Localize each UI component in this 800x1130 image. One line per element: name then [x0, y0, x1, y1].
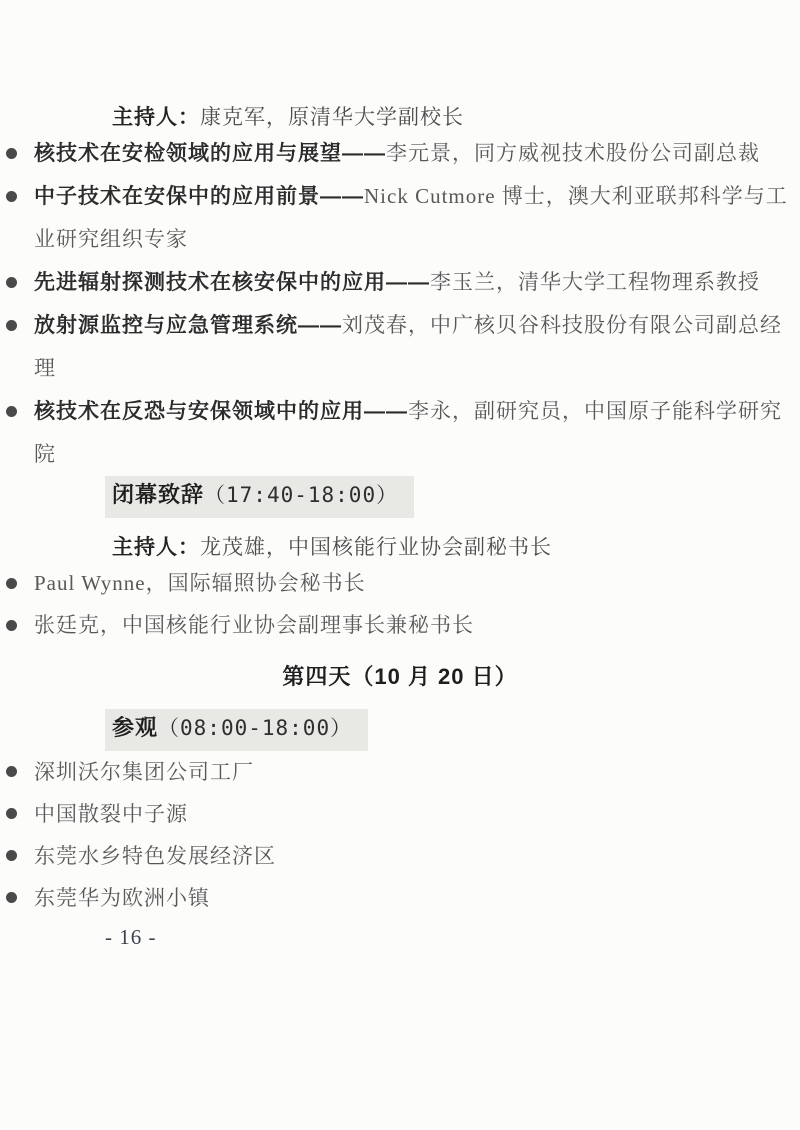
place-text: 深圳沃尔集团公司工厂: [34, 751, 800, 793]
security-talk-list: 核技术在安检领域的应用与展望——李元景，同方威视技术股份公司副总裁 中子技术在安…: [0, 132, 800, 476]
closing-remarks-section: 闭幕致辞（17:40-18:00）: [0, 476, 800, 518]
talk-title: 核技术在安检领域的应用与展望——: [34, 142, 386, 165]
list-item: 深圳沃尔集团公司工厂: [0, 751, 800, 793]
talk-text: 核技术在安检领域的应用与展望——李元景，同方威视技术股份公司副总裁: [34, 132, 800, 175]
closing-session-chair-line: 主持人：龙茂雄，中国核能行业协会副秘书长: [0, 533, 800, 562]
list-item: Paul Wynne，国际辐照协会秘书长: [0, 562, 800, 604]
bullet-icon: [6, 892, 17, 903]
bullet-icon: [6, 808, 17, 819]
bullet-icon: [6, 320, 17, 331]
security-session-chair-line: 主持人：康克军，原清华大学副校长: [0, 103, 800, 132]
talk-title: 中子技术在安保中的应用前景——: [34, 185, 364, 208]
bullet-icon: [6, 578, 17, 589]
talk-title: 先进辐射探测技术在核安保中的应用——: [34, 271, 430, 294]
talk-text: 核技术在反恐与安保领域中的应用——李永，副研究员，中国原子能科学研究院: [34, 390, 800, 476]
list-item: 中子技术在安保中的应用前景——Nick Cutmore 博士，澳大利亚联邦科学与…: [0, 175, 800, 261]
closing-remarks-heading: 闭幕致辞（17:40-18:00）: [105, 476, 414, 518]
talk-text: 放射源监控与应急管理系统——刘茂春，中广核贝谷科技股份有限公司副总经理: [34, 304, 800, 390]
list-item: 放射源监控与应急管理系统——刘茂春，中广核贝谷科技股份有限公司副总经理: [0, 304, 800, 390]
talk-title: 放射源监控与应急管理系统——: [34, 314, 342, 337]
bullet-icon: [6, 766, 17, 777]
visit-section: 参观（08:00-18:00）: [0, 709, 800, 751]
chair-label: 主持人：: [112, 536, 200, 559]
list-item: 核技术在安检领域的应用与展望——李元景，同方威视技术股份公司副总裁: [0, 132, 800, 175]
visit-place-list: 深圳沃尔集团公司工厂 中国散裂中子源 东莞水乡特色发展经济区 东莞华为欧洲小镇: [0, 751, 800, 919]
place-text: 中国散裂中子源: [34, 793, 800, 835]
day4-heading: 第四天（10 月 20 日）: [0, 662, 800, 692]
list-item: 张廷克，中国核能行业协会副理事长兼秘书长: [0, 604, 800, 646]
bullet-icon: [6, 406, 17, 417]
closing-remarks-time: （17:40-18:00）: [204, 483, 398, 507]
place-text: 东莞华为欧洲小镇: [34, 877, 800, 919]
talk-speaker: 李元景，同方威视技术股份公司副总裁: [386, 141, 760, 165]
closing-remarks-title: 闭幕致辞: [112, 482, 204, 507]
page-number: - 16 -: [0, 925, 800, 950]
visit-heading: 参观（08:00-18:00）: [105, 709, 368, 751]
visit-time: （08:00-18:00）: [158, 716, 352, 740]
list-item: 先进辐射探测技术在核安保中的应用——李玉兰，清华大学工程物理系教授: [0, 261, 800, 304]
list-item: 核技术在反恐与安保领域中的应用——李永，副研究员，中国原子能科学研究院: [0, 390, 800, 476]
speaker-text: Paul Wynne，国际辐照协会秘书长: [34, 562, 800, 604]
list-item: 东莞水乡特色发展经济区: [0, 835, 800, 877]
talk-text: 中子技术在安保中的应用前景——Nick Cutmore 博士，澳大利亚联邦科学与…: [34, 175, 800, 261]
talk-speaker: 李玉兰，清华大学工程物理系教授: [430, 270, 760, 294]
talk-text: 先进辐射探测技术在核安保中的应用——李玉兰，清华大学工程物理系教授: [34, 261, 800, 304]
bullet-icon: [6, 148, 17, 159]
bullet-icon: [6, 850, 17, 861]
bullet-icon: [6, 620, 17, 631]
bullet-icon: [6, 277, 17, 288]
speaker-text: 张廷克，中国核能行业协会副理事长兼秘书长: [34, 604, 800, 646]
bullet-icon: [6, 191, 17, 202]
visit-title: 参观: [112, 715, 158, 740]
talk-title: 核技术在反恐与安保领域中的应用——: [34, 400, 408, 423]
chair-name: 龙茂雄，中国核能行业协会副秘书长: [200, 535, 552, 559]
place-text: 东莞水乡特色发展经济区: [34, 835, 800, 877]
document-page: 主持人：康克军，原清华大学副校长 核技术在安检领域的应用与展望——李元景，同方威…: [0, 0, 800, 1130]
closing-speaker-list: Paul Wynne，国际辐照协会秘书长 张廷克，中国核能行业协会副理事长兼秘书…: [0, 562, 800, 646]
chair-name: 康克军，原清华大学副校长: [200, 105, 464, 129]
chair-label: 主持人：: [112, 106, 200, 129]
list-item: 东莞华为欧洲小镇: [0, 877, 800, 919]
list-item: 中国散裂中子源: [0, 793, 800, 835]
